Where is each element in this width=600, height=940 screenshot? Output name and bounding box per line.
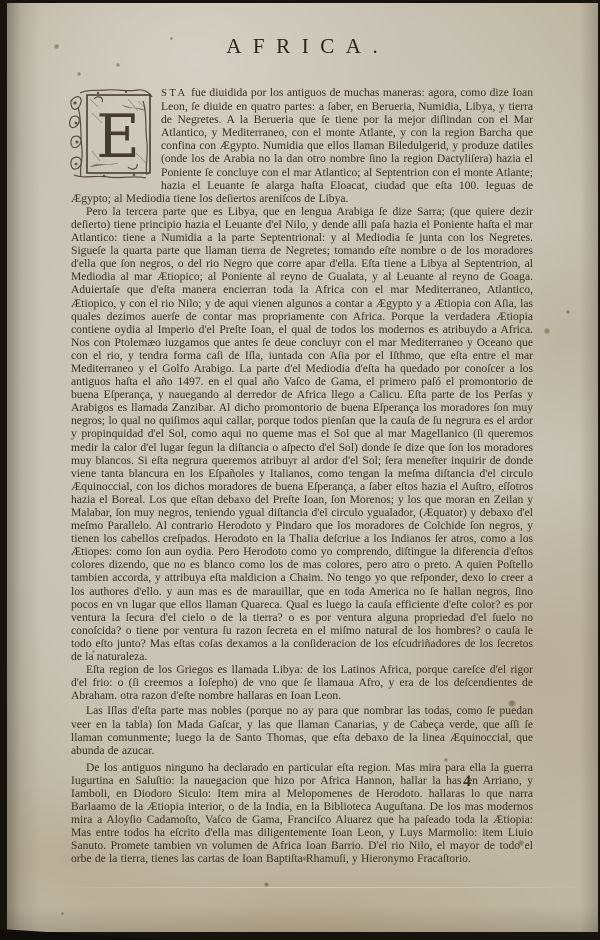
lead-in-letters: STA	[161, 88, 188, 99]
woodcut-initial-icon: E	[68, 87, 154, 181]
foxing-spot	[444, 758, 448, 762]
paragraph-4: Las Iſlas d'eſta parte mas nobles (porqu…	[71, 704, 533, 756]
bottom-left-shadow	[0, 929, 170, 940]
paragraph-3: Eſta region de los Griegos es llamada Li…	[71, 663, 533, 702]
foxing-spot	[544, 328, 550, 334]
foxing-spot	[170, 37, 173, 40]
foxing-spot	[566, 310, 570, 314]
foxing-spot	[200, 540, 203, 543]
foxing-spot	[54, 44, 59, 49]
foxing-spot	[92, 650, 95, 653]
foxing-spot	[264, 882, 269, 887]
page-content: AFRICA.	[71, 30, 533, 866]
paragraph-1: E STA fue diuidida por los antiguos de m…	[71, 86, 533, 205]
paragraph-2: Pero la tercera parte que es Libya, que …	[71, 205, 533, 663]
body-text: E STA fue diuidida por los antiguos de m…	[71, 86, 533, 866]
foxing-spot	[518, 840, 524, 846]
photo-background: AFRICA.	[0, 0, 600, 940]
paper-crease	[47, 887, 588, 888]
page-title: AFRICA.	[71, 34, 533, 59]
foxing-spot	[116, 63, 120, 67]
foxing-spot	[61, 912, 64, 915]
foxing-spot	[77, 72, 81, 76]
drop-cap-letter: E	[96, 102, 140, 172]
drop-cap-woodcut: E	[68, 87, 154, 181]
foxing-spot	[384, 117, 387, 120]
book-page: AFRICA.	[7, 3, 598, 932]
foxing-spot	[302, 856, 307, 861]
page-number: 4	[463, 773, 471, 791]
foxing-spot	[508, 700, 516, 707]
